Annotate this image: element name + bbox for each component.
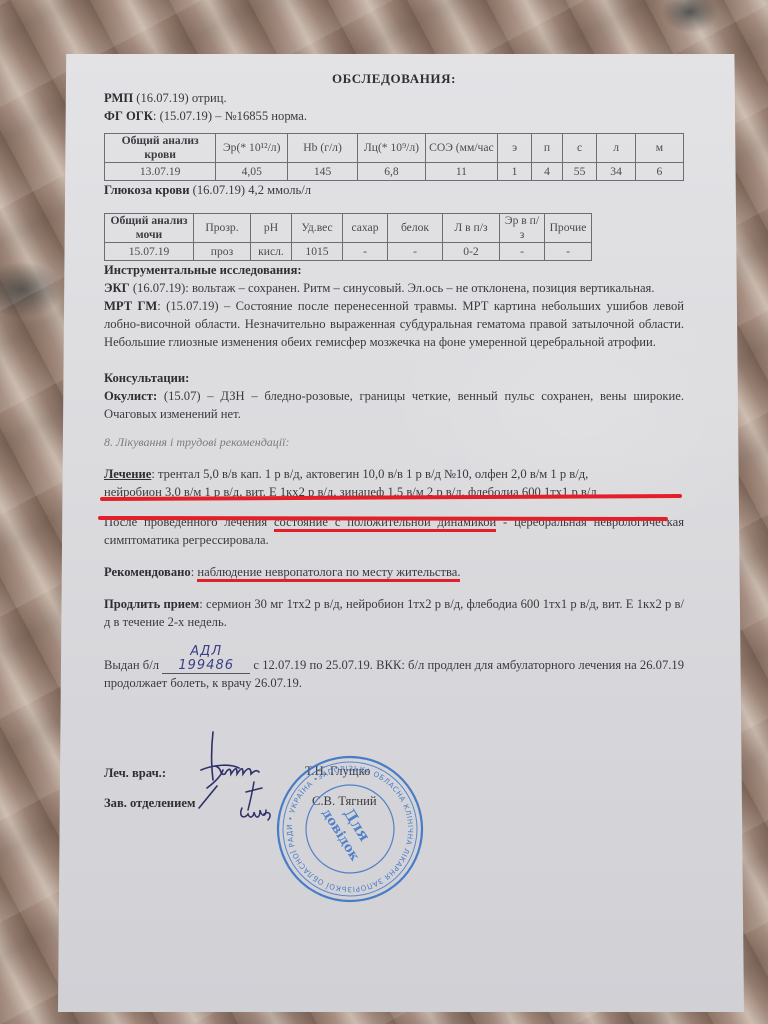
rmp-line: РМП (16.07.19) отриц. <box>104 89 684 107</box>
blood-test-table: Общий анализ крови Эр(* 10¹²/л) Hb (г/л)… <box>104 133 684 181</box>
ekg-text: (16.07.19): вольтаж – сохранен. Ритм – с… <box>130 281 655 295</box>
glucose-line: Глюкоза крови (16.07.19) 4,2 ммоль/л <box>104 181 684 199</box>
blood-value-cell: 13.07.19 <box>105 163 216 181</box>
blood-value-cell: 145 <box>288 163 358 181</box>
urine-header-cell: Эр в п/з <box>500 214 545 243</box>
blood-value-cell: 55 <box>562 163 597 181</box>
recommended-line: Рекомендовано: наблюдение невропатолога … <box>104 563 684 581</box>
ekg-paragraph: ЭКГ (16.07.19): вольтаж – сохранен. Ритм… <box>104 279 684 297</box>
continue-intake-paragraph: Продлить прием: сермион 30 мг 1тх2 р в/д… <box>104 595 684 631</box>
blood-value-cell: 6 <box>635 163 683 181</box>
urine-value-cell: 15.07.19 <box>105 243 194 261</box>
blood-header-cell: м <box>635 134 683 163</box>
blood-header-cell: э <box>497 134 531 163</box>
fg-ogk-label: ФГ ОГК <box>104 109 153 123</box>
urine-header-cell: Л в п/з <box>443 214 500 243</box>
fg-ogk-line: ФГ ОГК: (15.07.19) – №16855 норма. <box>104 107 684 125</box>
ekg-label: ЭКГ <box>104 281 130 295</box>
attending-label: Леч. врач.: <box>104 766 166 781</box>
blood-header-cell: л <box>597 134 635 163</box>
continue-intake-label: Продлить прием <box>104 597 199 611</box>
urine-test-value-row: 15.07.19 проз кисл. 1015 - - 0-2 - - <box>105 243 592 261</box>
sick-leave-number: АДЛ 199486 <box>162 645 250 674</box>
urine-header-cell: Уд.вес <box>292 214 343 243</box>
glucose-text: (16.07.19) 4,2 ммоль/л <box>189 183 311 197</box>
oculist-paragraph: Окулист: (15.07) – ДЗН – бледно-розовые,… <box>104 387 684 423</box>
blood-value-cell: 34 <box>597 163 635 181</box>
instrumental-heading: Инструментальные исследования: <box>104 261 684 279</box>
urine-header-cell: Общий анализ мочи <box>105 214 194 243</box>
blood-value-cell: 4 <box>532 163 563 181</box>
blood-test-header-row: Общий анализ крови Эр(* 10¹²/л) Hb (г/л)… <box>105 134 684 163</box>
blood-test-value-row: 13.07.19 4,05 145 6,8 11 1 4 55 34 6 <box>105 163 684 181</box>
blood-value-cell: 11 <box>425 163 497 181</box>
sick-leave-paragraph: Выдан б/л АДЛ 199486 с 12.07.19 по 25.07… <box>104 645 684 692</box>
fg-ogk-text: : (15.07.19) – №16855 норма. <box>153 109 307 123</box>
glucose-label: Глюкоза крови <box>104 183 189 197</box>
blood-header-cell: п <box>532 134 563 163</box>
blood-value-cell: 4,05 <box>216 163 288 181</box>
urine-value-cell: - <box>545 243 592 261</box>
document-title: ОБСЛЕДОВАНИЯ: <box>104 70 684 88</box>
urine-value-cell: 0-2 <box>443 243 500 261</box>
blood-value-cell: 6,8 <box>357 163 425 181</box>
blood-header-cell: с <box>562 134 597 163</box>
blood-header-cell: Hb (г/л) <box>288 134 358 163</box>
head-label: Зав. отделением <box>104 796 196 811</box>
mrt-text: : (15.07.19) – Состояние после перенесен… <box>104 299 684 349</box>
urine-value-cell: - <box>500 243 545 261</box>
treatment-text-1: : трентал 5,0 в/в кап. 1 р в/д, актовеги… <box>151 467 588 481</box>
treatment-line-1: Лечение: трентал 5,0 в/в кап. 1 р в/д, а… <box>104 465 684 483</box>
treatment-label: Лечение <box>104 467 151 481</box>
urine-header-cell: сахар <box>343 214 388 243</box>
consultations-heading: Консультации: <box>104 369 684 387</box>
urine-value-cell: - <box>388 243 443 261</box>
urine-value-cell: кисл. <box>251 243 292 261</box>
mrt-label: МРТ ГМ <box>104 299 157 313</box>
urine-test-header-row: Общий анализ мочи Прозр. pH Уд.вес сахар… <box>105 214 592 243</box>
blood-header-cell: Общий анализ крови <box>105 134 216 163</box>
rmp-label: РМП <box>104 91 133 105</box>
blood-value-cell: 1 <box>497 163 531 181</box>
document-body: ОБСЛЕДОВАНИЯ: РМП (16.07.19) отриц. ФГ О… <box>104 70 684 692</box>
urine-value-cell: - <box>343 243 388 261</box>
blood-header-cell: СОЭ (мм/час <box>425 134 497 163</box>
oculist-text: (15.07) – ДЗН – бледно-розовые, границы … <box>104 389 684 421</box>
urine-header-cell: белок <box>388 214 443 243</box>
urine-header-cell: Прочие <box>545 214 592 243</box>
urine-test-table: Общий анализ мочи Прозр. pH Уд.вес сахар… <box>104 213 592 261</box>
urine-value-cell: 1015 <box>292 243 343 261</box>
sick-leave-prefix: Выдан б/л <box>104 658 162 672</box>
rmp-text: (16.07.19) отриц. <box>133 91 226 105</box>
urine-header-cell: Прозр. <box>194 214 251 243</box>
recommended-text: наблюдение невропатолога по месту житель… <box>197 565 460 582</box>
urine-header-cell: pH <box>251 214 292 243</box>
mrt-paragraph: МРТ ГМ: (15.07.19) – Состояние после пер… <box>104 297 684 351</box>
recommended-label: Рекомендовано <box>104 565 191 579</box>
urine-value-cell: проз <box>194 243 251 261</box>
oculist-label: Окулист: <box>104 389 157 403</box>
blood-header-cell: Лц(* 10⁹/л) <box>357 134 425 163</box>
blood-header-cell: Эр(* 10¹²/л) <box>216 134 288 163</box>
section-8-heading: 8. Лікування і трудові рекомендації: <box>104 433 684 451</box>
